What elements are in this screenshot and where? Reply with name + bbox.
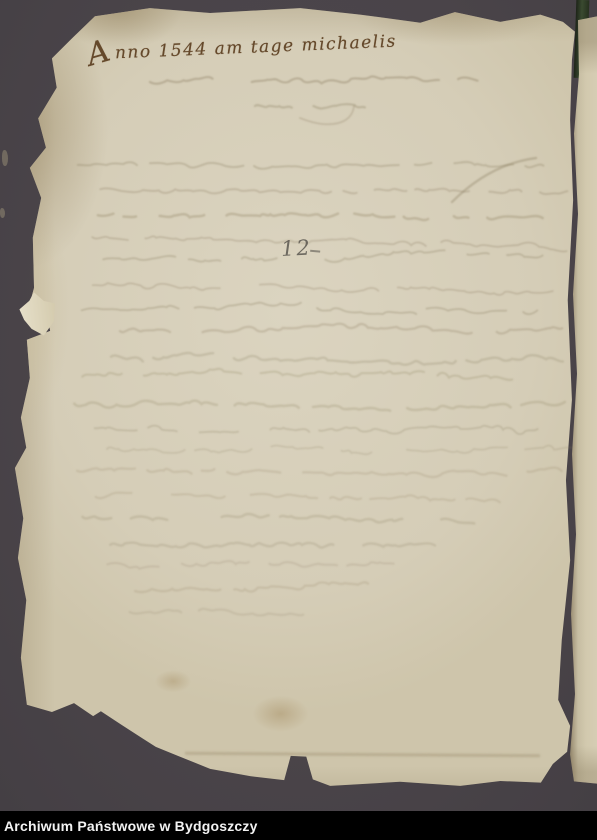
photo-backdrop: Anno 1544 am tage michaelis 12 — [0, 0, 597, 811]
archive-caption-bar: Archiwum Państwowe w Bydgoszczy — [0, 811, 597, 840]
paper-fragment — [2, 150, 8, 166]
inscription-initial: A — [88, 49, 111, 56]
page-number: 12 — [280, 235, 320, 261]
archive-scan-viewer: Anno 1544 am tage michaelis 12 Archiwum … — [0, 0, 597, 840]
manuscript-page — [0, 0, 597, 811]
archive-name-label: Archiwum Państwowe w Bydgoszczy — [0, 818, 258, 834]
paper-fragment — [0, 208, 5, 218]
